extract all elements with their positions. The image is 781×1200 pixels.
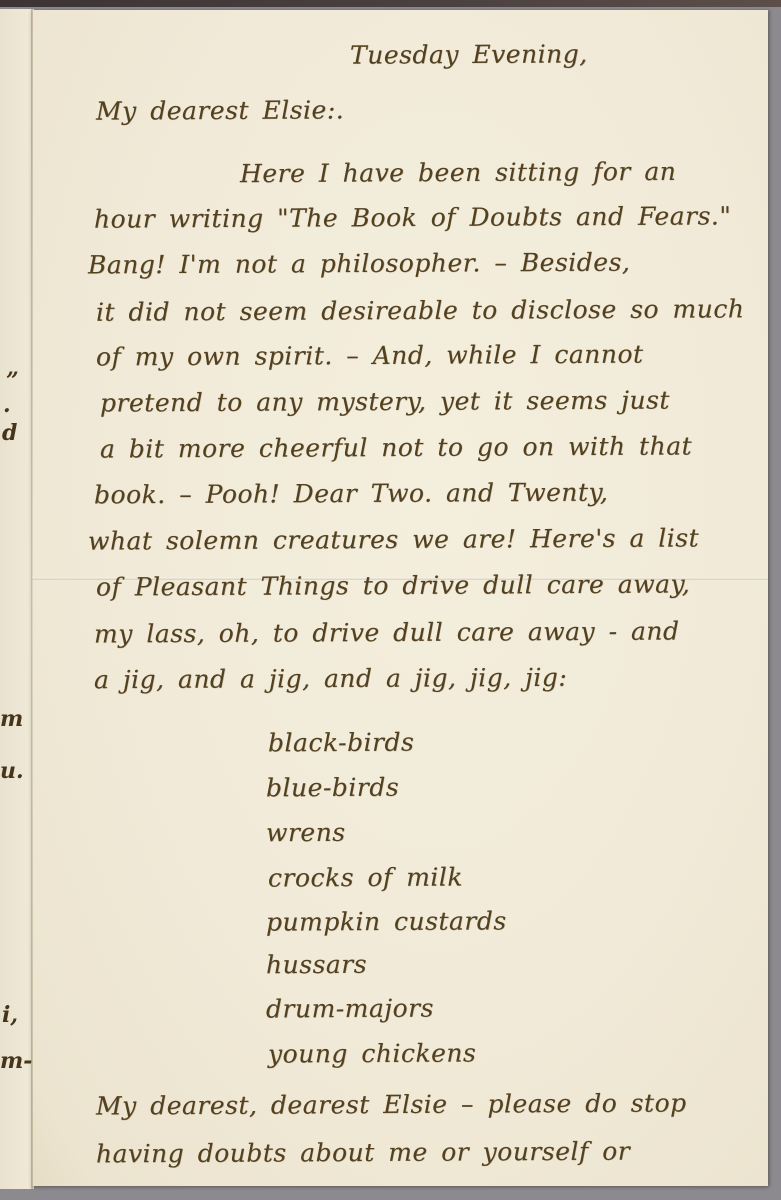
salutation: My dearest Elsie:. bbox=[96, 95, 344, 125]
pleasant-things-item: wrens bbox=[266, 818, 346, 847]
handwritten-line: my lass, oh, to drive dull care away - a… bbox=[94, 616, 680, 648]
edge-ink-fragment: d bbox=[2, 420, 17, 446]
closing-line: My dearest, dearest Elsie – please do st… bbox=[96, 1088, 687, 1120]
pleasant-things-item: drum-majors bbox=[266, 994, 434, 1024]
handwritten-line: book. – Pooh! Dear Two. and Twenty, bbox=[94, 478, 608, 510]
handwritten-line: it did not seem desireable to disclose s… bbox=[96, 294, 745, 326]
handwritten-line: hour writing "The Book of Doubts and Fea… bbox=[94, 201, 731, 233]
pleasant-things-item: pumpkin custards bbox=[266, 906, 507, 936]
handwritten-line: Here I have been sitting for an bbox=[240, 157, 676, 188]
pleasant-things-item: black-birds bbox=[268, 728, 415, 758]
pleasant-things-item: young chickens bbox=[268, 1038, 476, 1068]
pleasant-things-item: hussars bbox=[266, 950, 367, 980]
dateline: Tuesday Evening, bbox=[350, 39, 588, 69]
handwritten-line: pretend to any mystery, yet it seems jus… bbox=[100, 386, 670, 418]
edge-ink-fragment: i, bbox=[2, 1002, 18, 1028]
edge-ink-fragment: ” bbox=[6, 368, 19, 394]
edge-ink-fragment: u. bbox=[0, 758, 24, 784]
handwritten-line: of my own spirit. – And, while I cannot bbox=[96, 340, 644, 372]
handwritten-line: Bang! I'm not a philosopher. – Besides, bbox=[88, 248, 630, 280]
photo-edge-shadow bbox=[0, 0, 781, 7]
pleasant-things-item: blue-birds bbox=[266, 773, 399, 803]
pleasant-things-item: crocks of milk bbox=[268, 862, 463, 892]
edge-ink-fragment: m bbox=[0, 706, 23, 732]
closing-line: having doubts about me or yourself or bbox=[96, 1137, 630, 1169]
handwritten-line: a bit more cheerful not to go on with th… bbox=[100, 431, 692, 463]
edge-ink-fragment: . bbox=[3, 392, 11, 418]
handwritten-line: what solemn creatures we are! Here's a l… bbox=[88, 523, 699, 555]
handwritten-line: a jig, and a jig, and a jig, jig, jig: bbox=[94, 663, 567, 694]
edge-ink-fragment: m- bbox=[0, 1048, 32, 1074]
page-fold-vertical bbox=[31, 9, 33, 1189]
handwritten-line: of Pleasant Things to drive dull care aw… bbox=[96, 569, 690, 601]
